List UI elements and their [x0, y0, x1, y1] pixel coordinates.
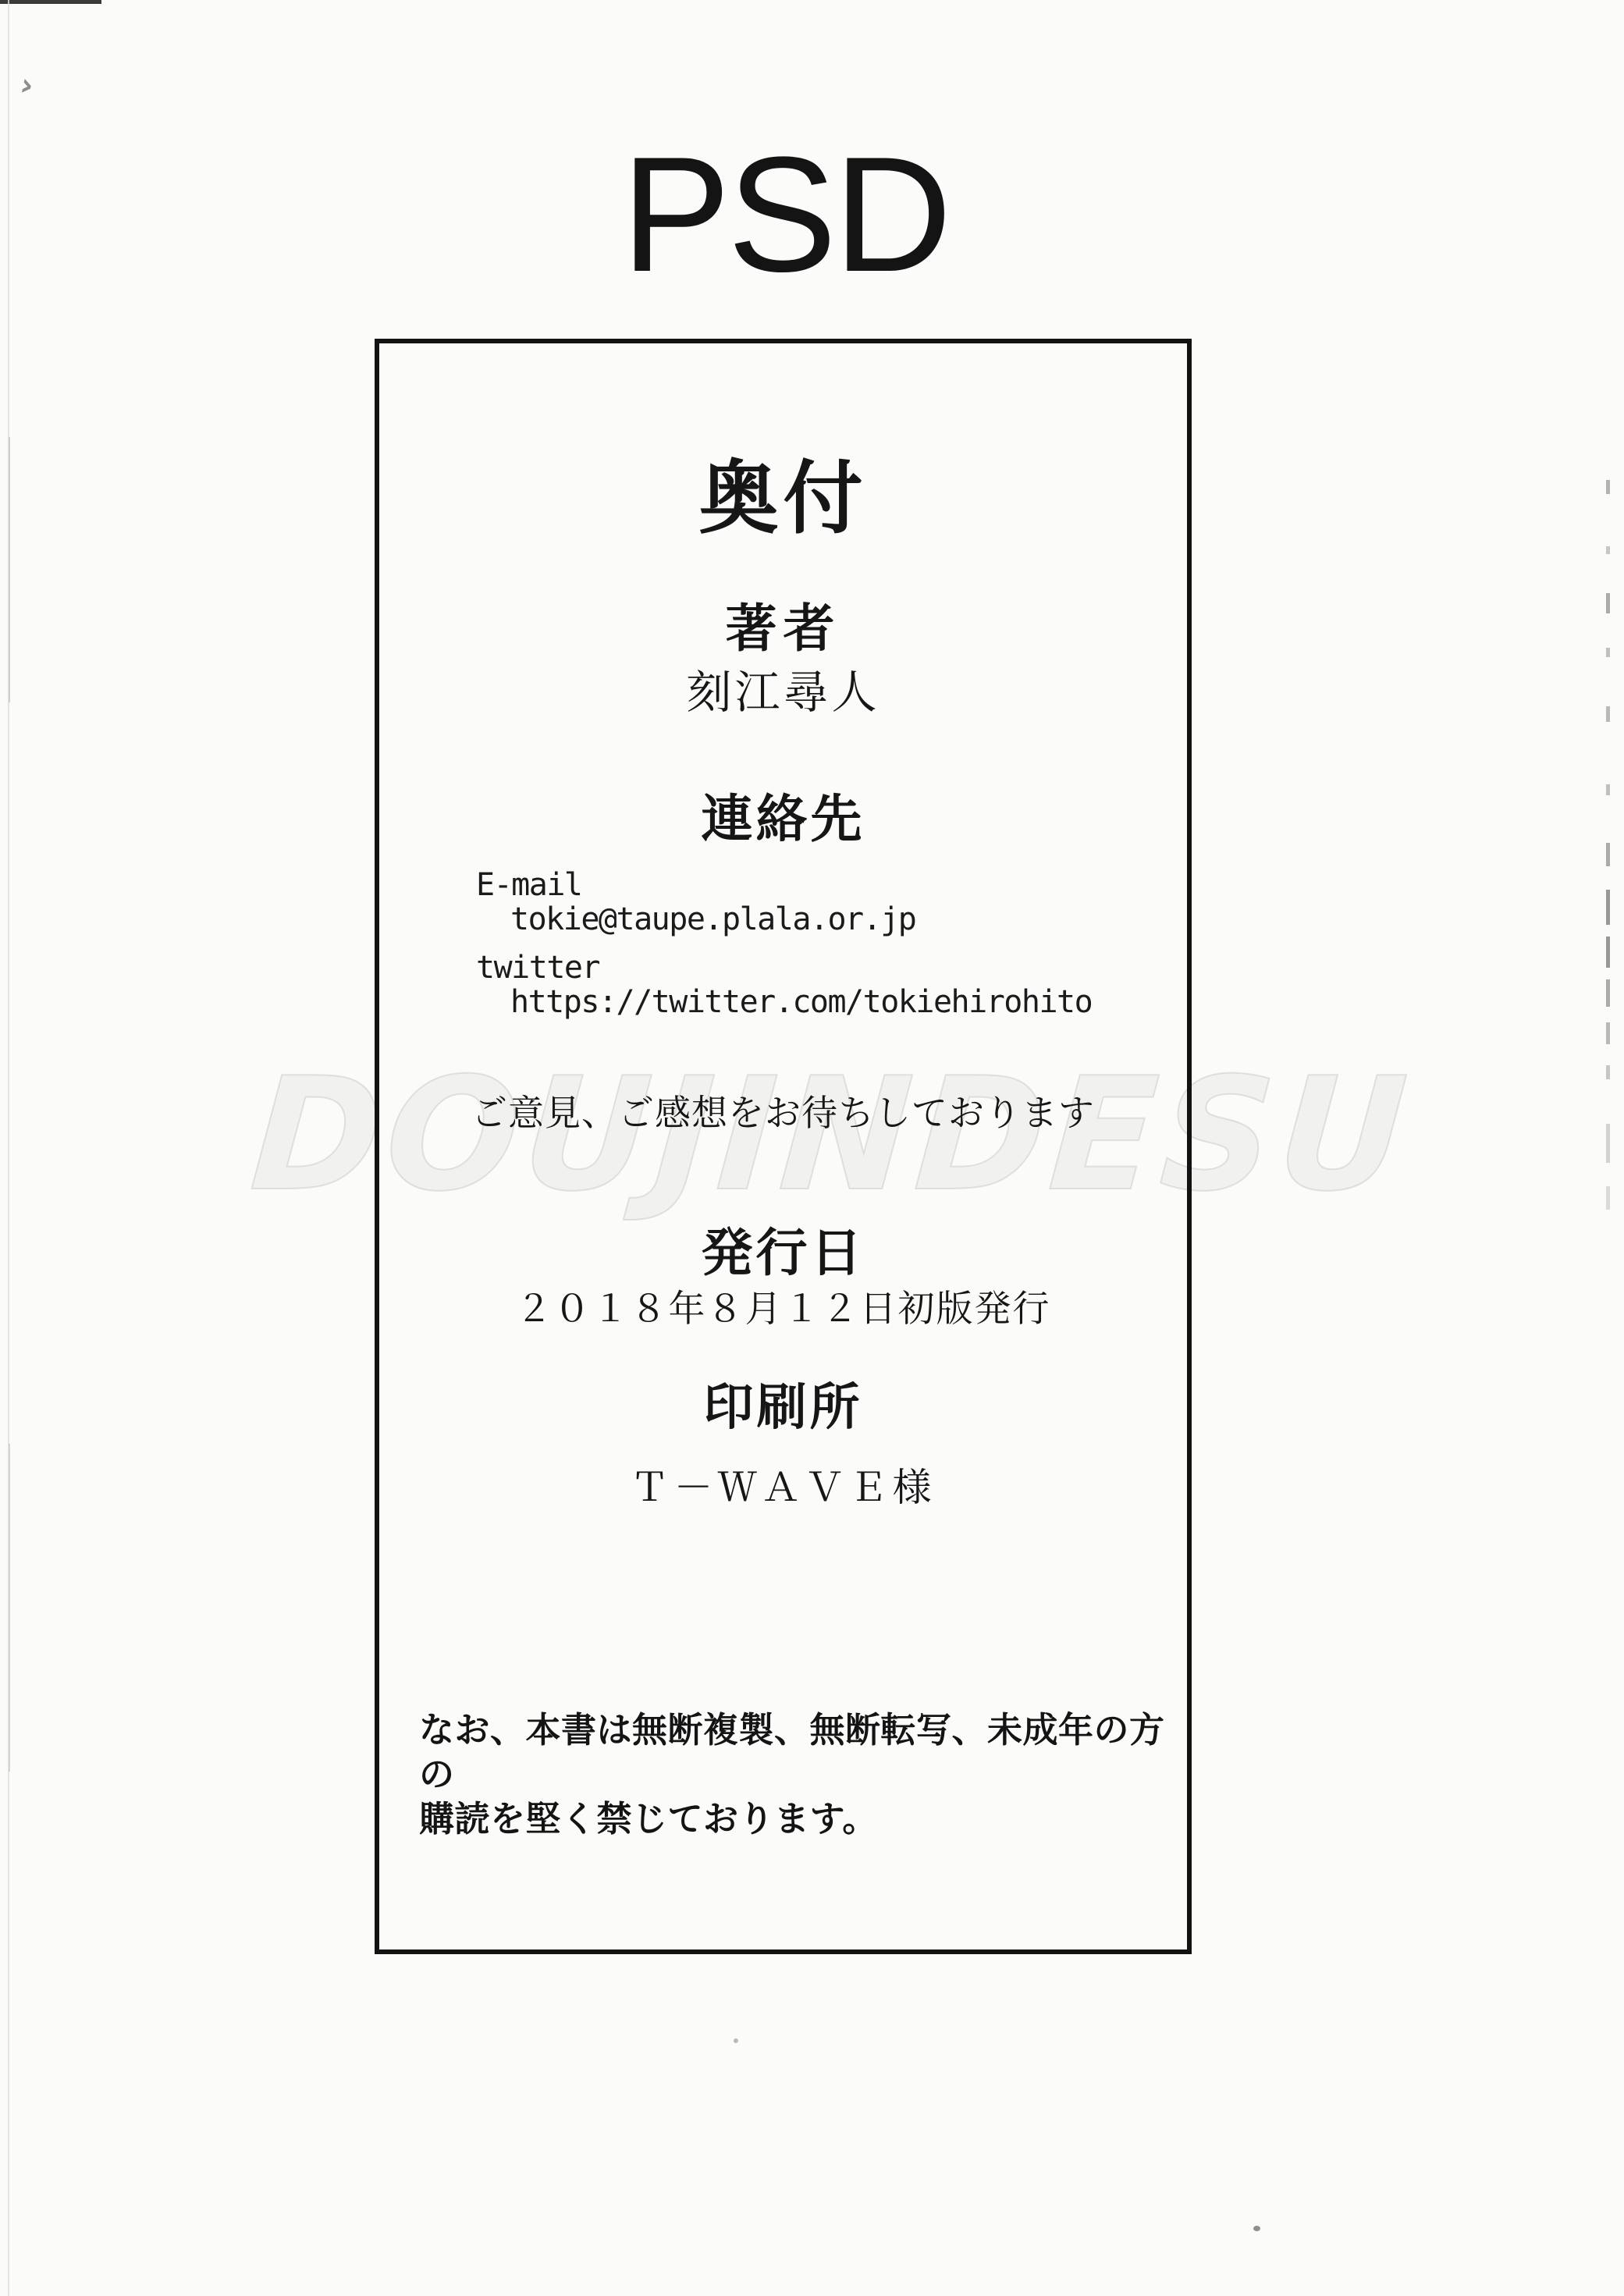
email-address: tokie@taupe.plala.or.jp: [476, 902, 915, 937]
scan-artifact-speck: [1253, 2226, 1260, 2231]
colophon-heading: 奥付: [379, 435, 1187, 549]
scan-artifact-right-dash: [1606, 843, 1610, 866]
scan-artifact-right-dash: [1606, 979, 1610, 1007]
scan-artifact-left-dash: [9, 1444, 10, 1772]
contact-section-label: 連絡先: [379, 777, 1187, 851]
scan-artifact-corner-mark: ›: [17, 69, 54, 105]
printer-section-label: 印刷所: [379, 1367, 1187, 1439]
scan-artifact-right-dash: [1606, 784, 1610, 795]
colophon-box: 奥付 著者 刻江尋人 連絡先 E-mail tokie@taupe.plala.…: [375, 339, 1192, 1954]
email-block: E-mail tokie@taupe.plala.or.jp: [476, 868, 915, 937]
twitter-label: twitter: [476, 951, 1092, 985]
scan-artifact-right-dash: [1606, 1065, 1610, 1079]
disclaimer-line-2: 購読を堅く禁じております。: [419, 1797, 1187, 1841]
page-title: PSD: [0, 133, 1570, 297]
scan-artifact-right-dash: [1606, 648, 1610, 657]
scan-artifact-right-dash: [1606, 937, 1610, 968]
disclaimer-text: なお、本書は無断複製、無断転写、未成年の方の 購読を堅く禁じております。: [419, 1708, 1187, 1841]
scan-artifact-speck: [734, 2038, 738, 2043]
feedback-note: ご意見、ご感想をお待ちしております: [379, 1085, 1187, 1136]
author-name: 刻江尋人: [379, 656, 1187, 721]
scan-artifact-right-dash: [1606, 1186, 1610, 1210]
scan-artifact-left-edge: [8, 0, 9, 2296]
scan-artifact-right-dash: [1606, 546, 1610, 554]
scan-artifact-left-dash: [9, 437, 10, 702]
author-section-label: 著者: [379, 587, 1187, 661]
twitter-block: twitter https://twitter.com/tokiehirohit…: [476, 951, 1092, 1019]
scan-artifact-right-dash: [1606, 706, 1610, 722]
scan-artifact-right-dash: [1606, 1124, 1610, 1163]
scan-artifact-right-dash: [1606, 1022, 1610, 1044]
pubdate-value: ２０１８年８月１２日初版発行: [379, 1280, 1187, 1332]
scan-artifact-right-dash: [1606, 480, 1610, 494]
scan-artifact-right-dash: [1606, 890, 1610, 925]
printer-name: Ｔ－ＷＡＶＥ様: [379, 1456, 1187, 1512]
twitter-url: https://twitter.com/tokiehirohito: [476, 985, 1092, 1019]
disclaimer-line-1: なお、本書は無断複製、無断転写、未成年の方の: [419, 1708, 1187, 1797]
email-label: E-mail: [476, 868, 915, 902]
scan-artifact-top-edge: [0, 0, 101, 4]
pubdate-section-label: 発行日: [379, 1211, 1187, 1285]
scan-artifact-right-dash: [1606, 593, 1610, 613]
scanned-colophon-page: DOUJINDESU PSD 奥付 著者 刻江尋人 連絡先 E-mail tok…: [0, 0, 1624, 2296]
